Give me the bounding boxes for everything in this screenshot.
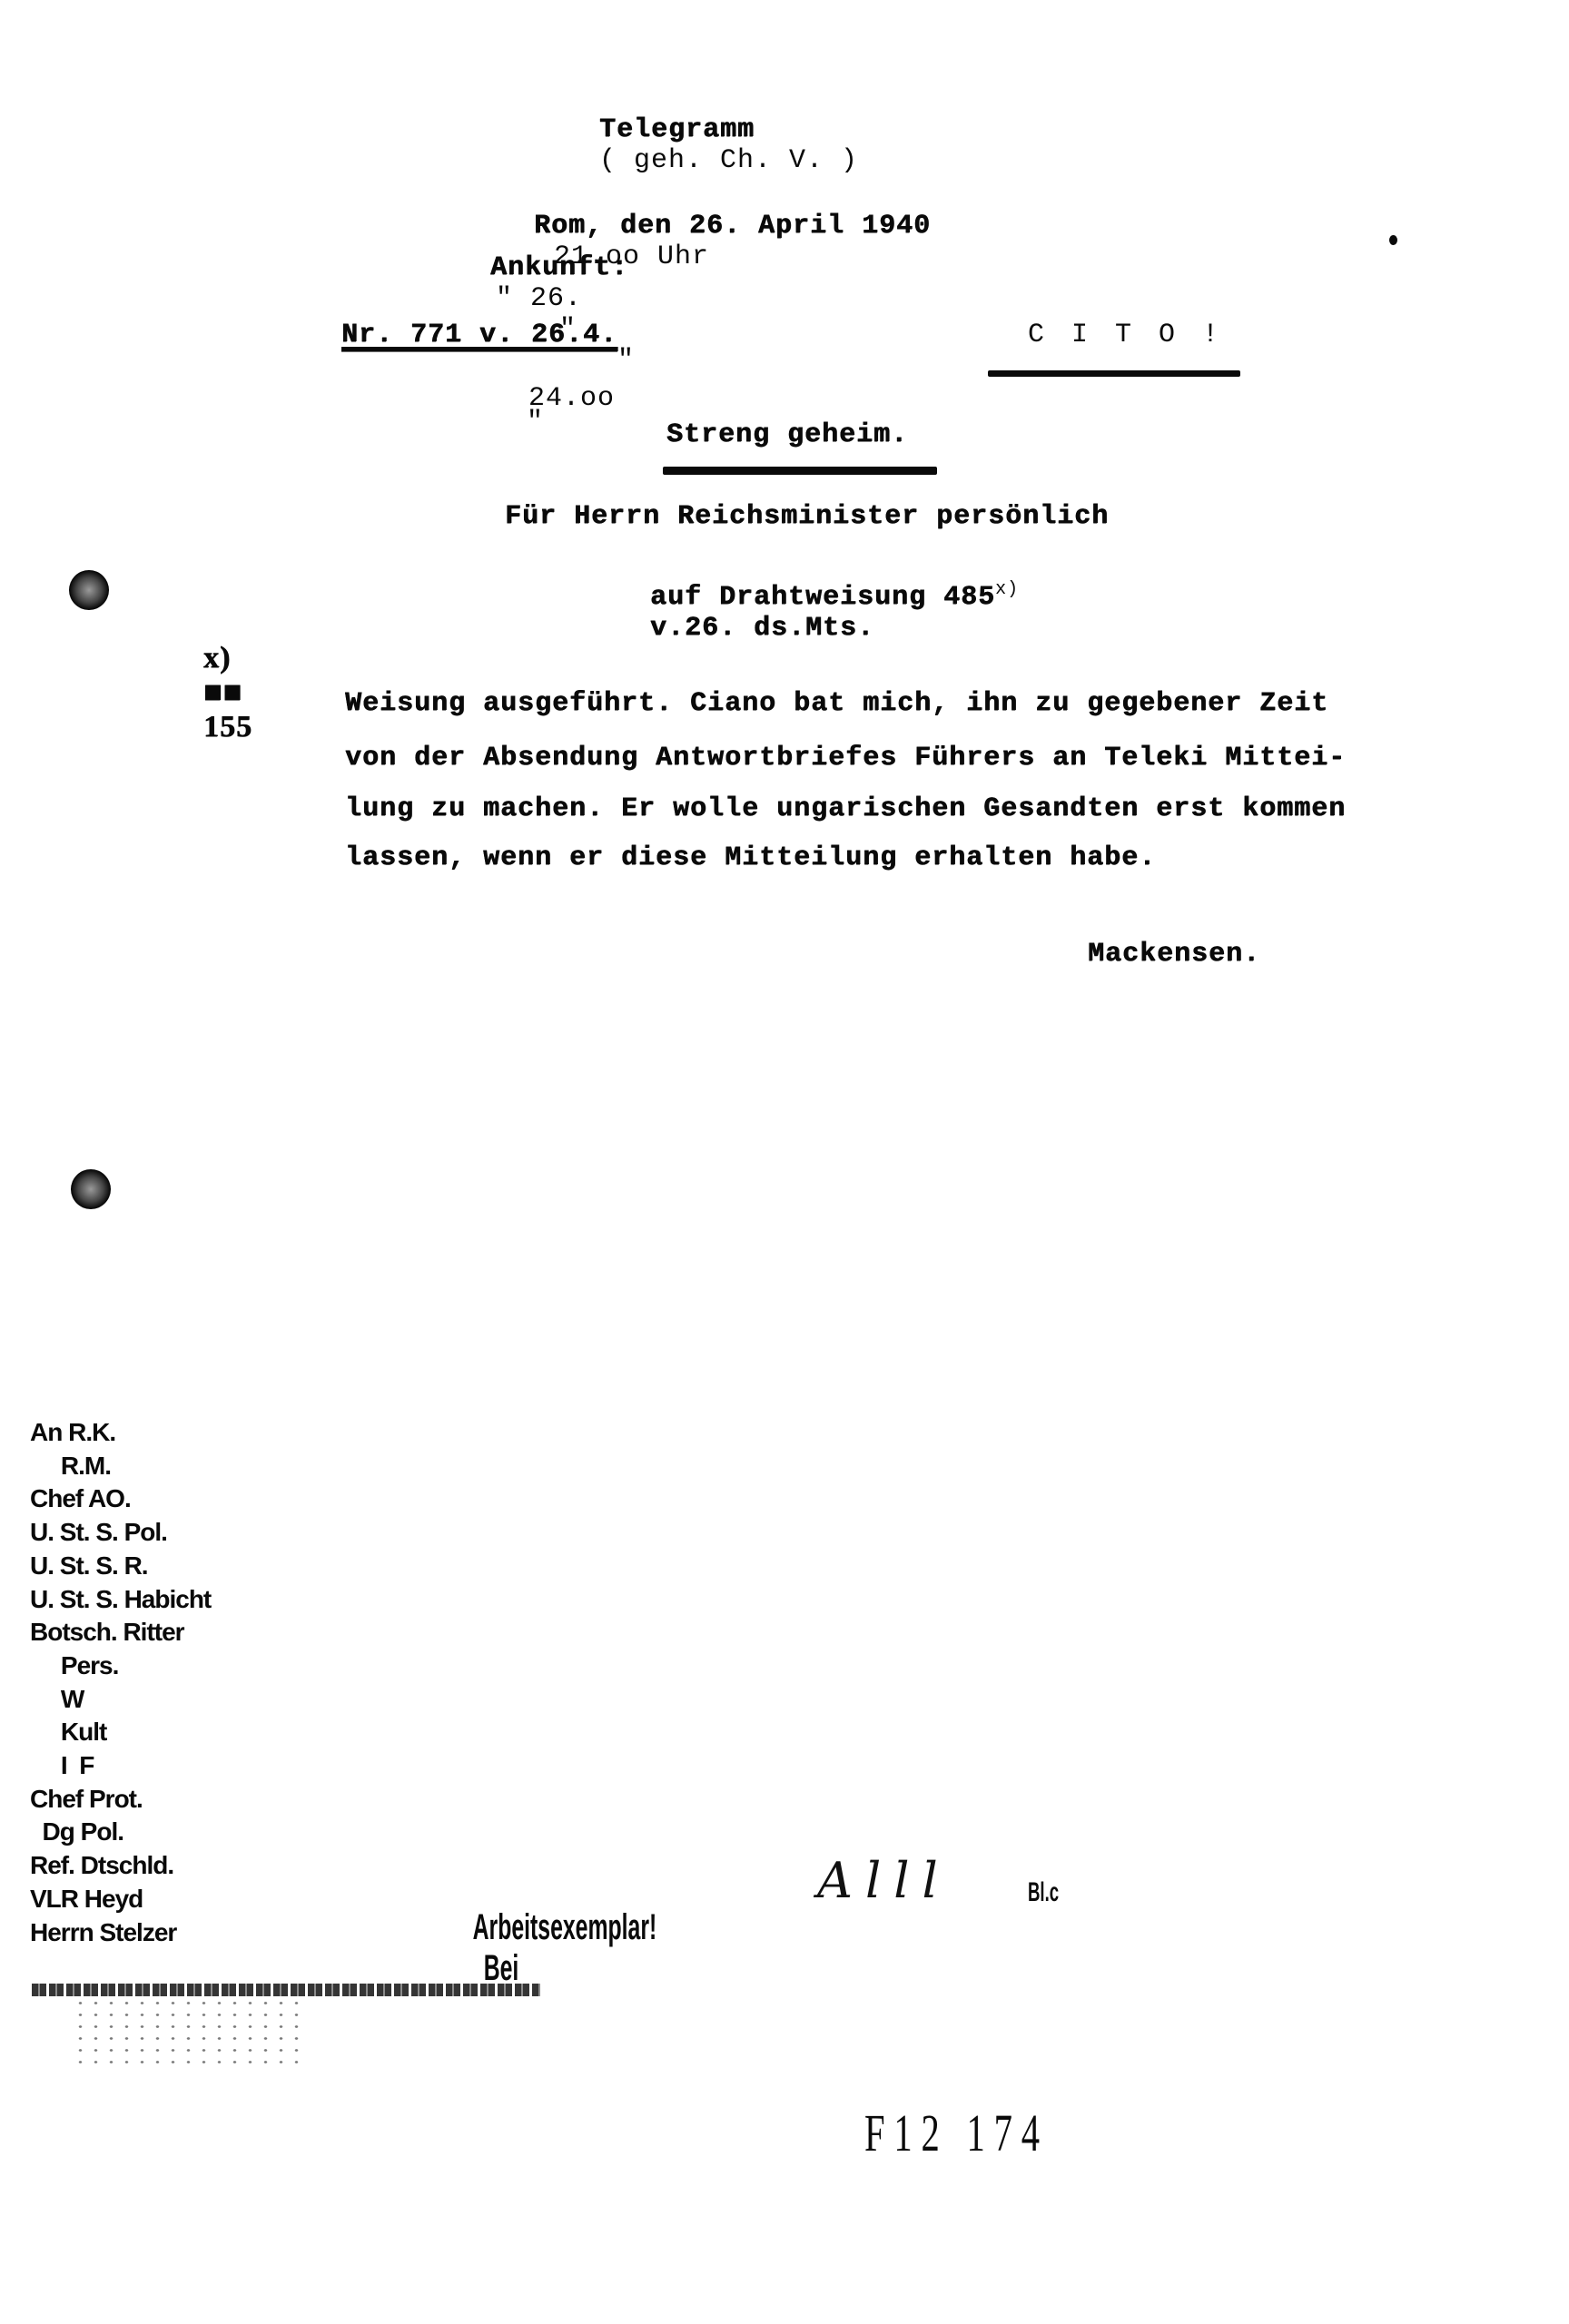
- distribution-entry: U. St. S. R.: [30, 1550, 211, 1583]
- arrival-time: 24.oo: [528, 383, 615, 414]
- distribution-entry: I F: [30, 1749, 211, 1783]
- handwritten-initials: Alll: [817, 1852, 951, 1909]
- distribution-entry: An R.K.: [30, 1416, 211, 1450]
- ink-smudge: [32, 1984, 540, 1996]
- classification-underline: [663, 467, 937, 475]
- addressee-line-2: auf Drahtweisung 485x) v.26. ds.Mts.: [581, 548, 1019, 675]
- archive-file-number: F12 174: [864, 2102, 1049, 2163]
- footnote-mark: x): [995, 579, 1019, 600]
- distribution-entry: Ref. Dtschld.: [30, 1849, 211, 1883]
- addressee-line-1: Für Herrn Reichsminister persönlich: [505, 501, 1109, 532]
- redacted-block: ■■: [203, 675, 242, 709]
- stamp-prefix: Bei: [484, 1948, 519, 1988]
- footnote-number: 155: [203, 710, 252, 743]
- instruction-date: v.26. ds.Mts.: [650, 613, 874, 644]
- distribution-entry: Kult: [30, 1716, 211, 1749]
- document-type: Telegramm: [599, 114, 755, 145]
- distribution-entry: U. St. S. Habicht: [30, 1583, 211, 1617]
- punch-hole-bottom: [71, 1169, 111, 1209]
- distribution-entry: Chef AO.: [30, 1482, 211, 1516]
- telegram-reference-number: Nr. 771 v. 26.4.: [341, 320, 617, 350]
- urgency-marker: C I T O !: [1028, 320, 1224, 350]
- distribution-entry: Pers.: [30, 1649, 211, 1683]
- distribution-entry: VLR Heyd: [30, 1883, 211, 1916]
- urgency-underline: [988, 370, 1240, 377]
- ink-dot: [1389, 235, 1397, 245]
- classification-heading: Streng geheim.: [666, 419, 908, 450]
- distribution-list: An R.K. R.M. Chef AO. U. St. S. Pol. U. …: [30, 1416, 211, 1949]
- distribution-entry: Herrn Stelzer: [30, 1916, 211, 1950]
- instruction-reference: auf Drahtweisung 485: [650, 582, 995, 613]
- cipher-note: ( geh. Ch. V. ): [599, 145, 858, 176]
- body-line: lassen, wenn er diese Mitteilung erhalte…: [345, 842, 1156, 873]
- distribution-entry: Botsch. Ritter: [30, 1616, 211, 1649]
- distribution-entry: Dg Pol.: [30, 1816, 211, 1849]
- distribution-entry: R.M.: [30, 1450, 211, 1483]
- arrival-year-ditto: ": [617, 345, 635, 376]
- body-line: lung zu machen. Er wolle ungarischen Ges…: [345, 793, 1346, 824]
- body-line: von der Absendung Antwortbriefes Führers…: [345, 743, 1346, 773]
- signature-name: Mackensen.: [1088, 939, 1260, 970]
- ink-speckles: [73, 1997, 300, 2070]
- stamp-suffix: Bl.c: [1028, 1877, 1059, 1908]
- stamp-label: Arbeitsexemplar!: [473, 1907, 657, 1947]
- footnote-mark-ref: x): [203, 641, 231, 675]
- working-copy-stamp: Arbeitsexemplar! Bei: [449, 1866, 656, 2030]
- arrival-day: " 26.: [496, 283, 582, 314]
- footnote-line: x) ■■ 155: [169, 606, 252, 779]
- distribution-entry: Chef Prot.: [30, 1783, 211, 1817]
- body-line: Weisung ausgeführt. Ciano bat mich, ihn …: [345, 688, 1328, 719]
- distribution-entry: W: [30, 1683, 211, 1717]
- punch-hole-top: [69, 570, 109, 610]
- arrival-label: Ankunft:: [490, 252, 628, 283]
- distribution-entry: U. St. S. Pol.: [30, 1516, 211, 1550]
- telegram-document-page: Telegramm ( geh. Ch. V. ) Rom, den 26. A…: [0, 0, 1569, 2324]
